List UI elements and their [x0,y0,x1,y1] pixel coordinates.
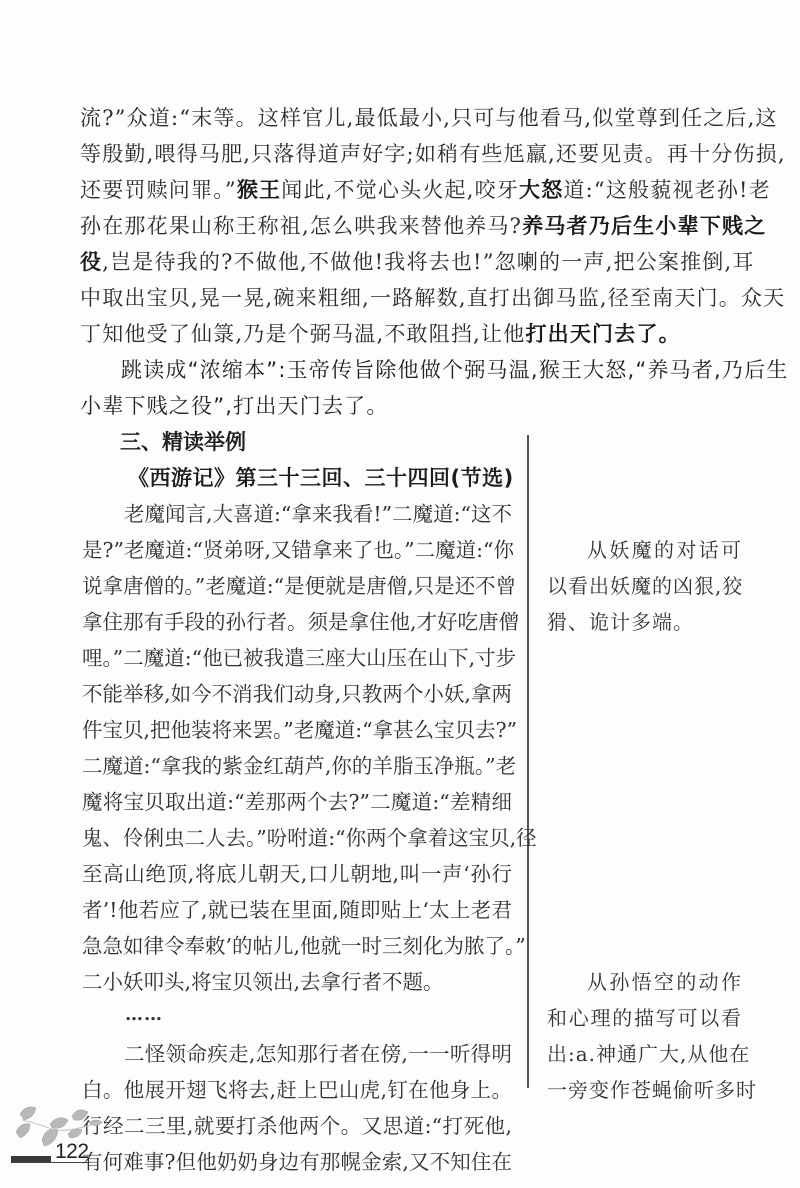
excerpt-line: 拿住那有手段的孙行者。须是拿住他,才好吃唐僧 [82,608,512,636]
excerpt-line: 行经二三里,就要打杀他两个。又思道:“打死他, [82,1112,512,1140]
margin-note-line: 猾、诡计多端。 [547,608,742,636]
text-line: 役,岂是待我的?不做他,不做他!我将去也!”忽喇的一声,把公案推倒,耳 [80,248,740,276]
section-heading: 三、精读举例 [120,428,246,456]
condensed-text: 小辈下贱之役”,打出天门去了。 [80,394,389,418]
text-segment: 孙在那花果山称王称祖,怎么哄我来替他养马? [80,214,522,238]
excerpt-line: 说拿唐僧的。”老魔道:“是便就是唐僧,只是还不曾 [82,572,512,600]
condensed-summary-line: 跳读成“浓缩本”:玉帝传旨除他做个弼马温,猴王大怒,“养马者,乃后生 [121,356,740,384]
margin-note-line: 以看出妖魔的凶狠,狡 [547,572,742,600]
ellipsis-marker: …… [125,1004,163,1025]
excerpt-line: 二怪领命疾走,怎知那行者在傍,一一听得明 [124,1040,512,1068]
text-line: 流?”众道:“末等。这样官儿,最低最小,只可与他看马,似堂尊到任之后,这 [80,104,740,132]
text-line: 中取出宝贝,晃一晃,碗来粗细,一路解数,直打出御马监,径至南天门。众天 [80,284,740,312]
text-segment: 流?”众道:“末等。这样官儿,最低最小,只可与他看马,似堂尊到任之后,这 [80,106,778,130]
excerpt-line: 有何难事?但他奶奶身边有那幌金索,又不知住在 [82,1148,512,1176]
text-segment: 闻此,不觉心头火起,咬牙 [281,178,519,202]
text-line: 还要罚赎问罪。”猴王闻此,不觉心头火起,咬牙大怒道:“这般藐视老孙!老 [80,176,740,204]
excerpt-line: 二魔道:“拿我的紫金红葫芦,你的羊脂玉净瓶。”老 [82,752,512,780]
excerpt-line: 魔将宝贝取出道:“差那两个去?”二魔道:“差精细 [82,788,512,816]
text-segment: 等殷勤,喂得马肥,只落得道声好字;如稍有些尪羸,还要见责。再十分伤损, [80,142,786,166]
excerpt-line: 急急如律令奉敕’的帖儿,他就一时三刻化为脓了。” [82,932,512,960]
excerpt-line: 鬼、伶俐虫二人去。”吩咐道:“你两个拿着这宝贝,径 [82,824,512,852]
margin-note-line: 出:a.神通广大,从他在 [547,1040,742,1068]
text-segment: 道:“这般藐视老孙!老 [563,178,770,202]
excerpt-line: 二小妖叩头,将宝贝领出,去拿行者不题。 [82,968,512,996]
text-line: 丁知他受了仙箓,乃是个弼马温,不敢阻挡,让他打出天门去了。 [80,320,740,348]
excerpt-line: 老魔闻言,大喜道:“拿来我看!”二魔道:“这不 [124,500,512,528]
bold-emphasis: 猴王 [237,178,281,202]
excerpt-line: 不能举移,如今不消我们动身,只教两个小妖,拿两 [82,680,512,708]
margin-note-line: 从孙悟空的动作 [587,968,742,996]
text-segment: ,岂是待我的?不做他,不做他!我将去也!”忽喇的一声,把公案推倒,耳 [102,250,754,274]
bold-emphasis: 役 [80,250,102,274]
excerpt-line: 者’!他若应了,就已装在里面,随即贴上‘太上老君 [82,896,512,924]
condensed-summary-line: 小辈下贱之役”,打出天门去了。 [80,392,740,420]
condensed-text: 跳读成“浓缩本”:玉帝传旨除他做个弼马温,猴王大怒,“养马者,乃后生 [121,358,789,382]
margin-note-line: 从妖魔的对话可 [587,536,742,564]
margin-note-line: 和心理的描写可以看 [547,1004,742,1032]
excerpt-line: 哩。”二魔道:“他已被我遣三座大山压在山下,寸步 [82,644,512,672]
page-number: 122 [55,1140,89,1164]
textbook-page: 流?”众道:“末等。这样官儿,最低最小,只可与他看马,似堂尊到任之后,这 等殷勤… [0,0,800,1188]
text-segment: 丁知他受了仙箓,乃是个弼马温,不敢阻挡,让他 [80,322,525,346]
text-segment: 还要罚赎问罪。” [80,178,237,202]
excerpt-line: 是?”老魔道:“贤弟呀,又错拿来了也。”二魔道:“你 [82,536,512,564]
text-line: 孙在那花果山称王称祖,怎么哄我来替他养马?养马者乃后生小辈下贱之 [80,212,740,240]
bold-emphasis: 大怒 [519,178,563,202]
excerpt-line: 至高山绝顶,将底儿朝天,口儿朝地,叫一声‘孙行 [82,860,512,888]
text-segment: 中取出宝贝,晃一晃,碗来粗细,一路解数,直打出御马监,径至南天门。众天 [80,286,785,310]
excerpt-title: 《西游记》第三十三回、三十四回(节选) [128,464,514,492]
column-divider [527,435,529,1088]
excerpt-line: 白。他展开翅飞将去,赶上巴山虎,钉在他身上。 [82,1076,512,1104]
margin-note-line: 一旁变作苍蝇偷听多时 [547,1076,742,1104]
bold-emphasis: 养马者乃后生小辈下贱之 [522,214,766,238]
bold-emphasis: 打出天门去了。 [525,322,680,346]
text-line: 等殷勤,喂得马肥,只落得道声好字;如稍有些尪羸,还要见责。再十分伤损, [80,140,740,168]
excerpt-line: 件宝贝,把他装将来罢。”老魔道:“拿甚么宝贝去?” [82,716,512,744]
